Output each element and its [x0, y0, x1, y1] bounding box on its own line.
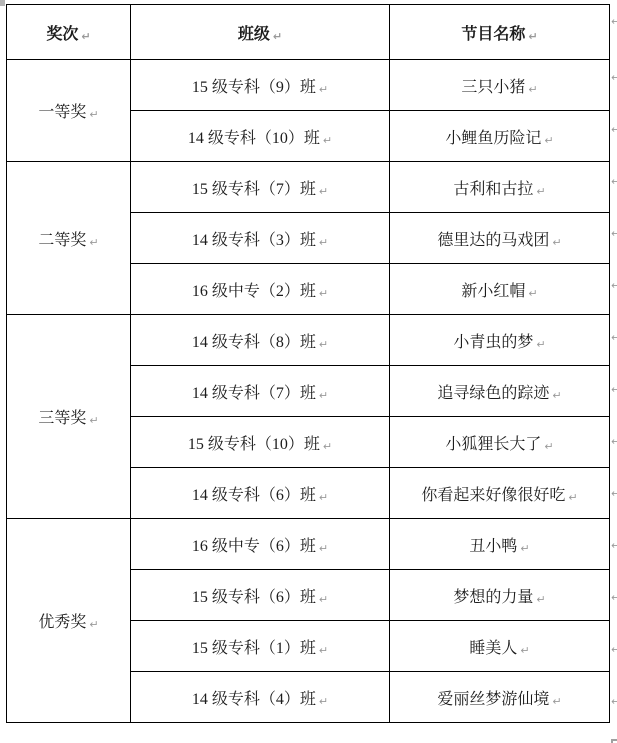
- award-cell-excellence-prize[interactable]: 优秀奖↵: [7, 519, 131, 723]
- cell-end-mark: ↵: [552, 236, 561, 249]
- table-row: 优秀奖↵ 16 级中专（6）班↵ 丑小鸭↵: [7, 519, 610, 570]
- award-label: 三等奖: [38, 410, 86, 427]
- cell-end-mark: ↵: [319, 644, 328, 657]
- table-move-handle[interactable]: [0, 0, 5, 6]
- program-label: 丑小鸭: [469, 538, 517, 555]
- program-cell[interactable]: 古利和古拉↵: [390, 162, 610, 213]
- award-cell-third-prize[interactable]: 三等奖↵: [7, 315, 131, 519]
- program-label: 梦想的力量: [453, 589, 533, 606]
- row-end-mark: ↵: [611, 176, 617, 187]
- program-cell[interactable]: 睡美人↵: [390, 621, 610, 672]
- cell-end-mark: ↵: [544, 440, 553, 453]
- program-label: 爱丽丝梦游仙境: [437, 691, 549, 708]
- class-cell[interactable]: 15 级专科（9）班↵: [131, 60, 390, 111]
- program-label: 古利和古拉: [453, 181, 533, 198]
- class-cell[interactable]: 14 级专科（3）班↵: [131, 213, 390, 264]
- class-label: 14 级专科（7）班: [192, 385, 316, 402]
- program-label: 小青虫的梦: [453, 334, 533, 351]
- program-label: 小鲤鱼历险记: [445, 130, 541, 147]
- row-end-mark: ↵: [611, 540, 617, 551]
- class-label: 14 级专科（6）班: [192, 487, 316, 504]
- class-cell[interactable]: 15 级专科（6）班↵: [131, 570, 390, 621]
- row-end-mark: ↵: [611, 592, 617, 603]
- program-cell[interactable]: 爱丽丝梦游仙境↵: [390, 672, 610, 723]
- cell-end-mark: ↵: [536, 338, 545, 351]
- program-cell[interactable]: 你看起来好像很好吃↵: [390, 468, 610, 519]
- cell-end-mark: ↵: [319, 83, 328, 96]
- class-cell[interactable]: 15 级专科（7）班↵: [131, 162, 390, 213]
- cell-end-mark: ↵: [319, 236, 328, 249]
- cell-end-mark: ↵: [89, 108, 98, 121]
- award-cell-first-prize[interactable]: 一等奖↵: [7, 60, 131, 162]
- program-label: 追寻绿色的踪迹: [437, 385, 549, 402]
- class-label: 15 级专科（9）班: [192, 79, 316, 96]
- program-cell[interactable]: 追寻绿色的踪迹↵: [390, 366, 610, 417]
- cell-end-mark: ↵: [319, 185, 328, 198]
- class-cell[interactable]: 15 级专科（1）班↵: [131, 621, 390, 672]
- class-cell[interactable]: 14 级专科（4）班↵: [131, 672, 390, 723]
- program-label: 德里达的马戏团: [437, 232, 549, 249]
- cell-end-mark: ↵: [520, 542, 529, 555]
- class-label: 14 级专科（3）班: [192, 232, 316, 249]
- class-label: 14 级专科（4）班: [192, 691, 316, 708]
- cell-end-mark: ↵: [319, 542, 328, 555]
- cell-end-mark: ↵: [323, 134, 332, 147]
- award-label: 二等奖: [38, 232, 86, 249]
- cell-end-mark: ↵: [89, 618, 98, 631]
- table-row: 一等奖↵ 15 级专科（9）班↵ 三只小猪↵: [7, 60, 610, 111]
- cell-end-mark: ↵: [552, 389, 561, 402]
- header-class-label: 班级: [238, 26, 270, 43]
- cell-end-mark: ↵: [319, 287, 328, 300]
- document-page: 奖次↵ 班级↵ 节目名称↵ 一等奖↵ 15 级专科（9）班↵ 三只小猪↵ 14 …: [0, 0, 617, 743]
- class-cell[interactable]: 14 级专科（8）班↵: [131, 315, 390, 366]
- program-cell[interactable]: 梦想的力量↵: [390, 570, 610, 621]
- class-cell[interactable]: 15 级专科（10）班↵: [131, 417, 390, 468]
- program-label: 你看起来好像很好吃: [421, 487, 565, 504]
- cell-end-mark: ↵: [544, 134, 553, 147]
- table-row: 二等奖↵ 15 级专科（7）班↵ 古利和古拉↵: [7, 162, 610, 213]
- class-cell[interactable]: 16 级中专（2）班↵: [131, 264, 390, 315]
- row-end-mark: ↵: [611, 332, 617, 343]
- row-end-mark: ↵: [611, 644, 617, 655]
- class-label: 15 级专科（7）班: [192, 181, 316, 198]
- table-resize-handle[interactable]: [611, 739, 617, 743]
- program-cell[interactable]: 德里达的马戏团↵: [390, 213, 610, 264]
- class-cell[interactable]: 14 级专科（7）班↵: [131, 366, 390, 417]
- class-label: 16 级中专（6）班: [192, 538, 316, 555]
- table-row: 三等奖↵ 14 级专科（8）班↵ 小青虫的梦↵: [7, 315, 610, 366]
- class-cell[interactable]: 16 级中专（6）班↵: [131, 519, 390, 570]
- award-table: 奖次↵ 班级↵ 节目名称↵ 一等奖↵ 15 级专科（9）班↵ 三只小猪↵ 14 …: [6, 4, 610, 723]
- award-label: 一等奖: [38, 104, 86, 121]
- program-cell[interactable]: 新小红帽↵: [390, 264, 610, 315]
- row-end-mark: ↵: [611, 696, 617, 707]
- header-cell-class[interactable]: 班级↵: [131, 5, 390, 60]
- program-cell[interactable]: 小狐狸长大了↵: [390, 417, 610, 468]
- row-end-mark: ↵: [611, 228, 617, 239]
- class-cell[interactable]: 14 级专科（6）班↵: [131, 468, 390, 519]
- row-end-mark: ↵: [611, 384, 617, 395]
- header-award-label: 奖次: [46, 26, 78, 43]
- cell-end-mark: ↵: [319, 491, 328, 504]
- cell-end-mark: ↵: [81, 30, 90, 43]
- cell-end-mark: ↵: [552, 695, 561, 708]
- cell-end-mark: ↵: [319, 389, 328, 402]
- cell-end-mark: ↵: [89, 236, 98, 249]
- row-end-mark: ↵: [611, 16, 617, 27]
- class-cell[interactable]: 14 级专科（10）班↵: [131, 111, 390, 162]
- row-end-mark: ↵: [611, 72, 617, 83]
- cell-end-mark: ↵: [319, 695, 328, 708]
- cell-end-mark: ↵: [319, 593, 328, 606]
- program-label: 睡美人: [469, 640, 517, 657]
- cell-end-mark: ↵: [89, 414, 98, 427]
- cell-end-mark: ↵: [528, 287, 537, 300]
- program-label: 新小红帽: [461, 283, 525, 300]
- award-cell-second-prize[interactable]: 二等奖↵: [7, 162, 131, 315]
- cell-end-mark: ↵: [323, 440, 332, 453]
- program-cell[interactable]: 小青虫的梦↵: [390, 315, 610, 366]
- class-label: 15 级专科（10）班: [188, 436, 320, 453]
- class-label: 14 级专科（10）班: [188, 130, 320, 147]
- table-header-row: 奖次↵ 班级↵ 节目名称↵: [7, 5, 610, 60]
- program-label: 三只小猪: [461, 79, 525, 96]
- cell-end-mark: ↵: [536, 593, 545, 606]
- row-end-mark: ↵: [611, 436, 617, 447]
- cell-end-mark: ↵: [536, 185, 545, 198]
- program-cell[interactable]: 小鲤鱼历险记↵: [390, 111, 610, 162]
- class-label: 15 级专科（1）班: [192, 640, 316, 657]
- row-end-mark: ↵: [611, 280, 617, 291]
- cell-end-mark: ↵: [528, 83, 537, 96]
- header-cell-award[interactable]: 奖次↵: [7, 5, 131, 60]
- header-program-label: 节目名称: [461, 26, 525, 43]
- row-end-mark: ↵: [611, 488, 617, 499]
- row-end-mark: ↵: [611, 124, 617, 135]
- program-label: 小狐狸长大了: [445, 436, 541, 453]
- cell-end-mark: ↵: [568, 491, 577, 504]
- award-label: 优秀奖: [38, 614, 86, 631]
- class-label: 15 级专科（6）班: [192, 589, 316, 606]
- class-label: 14 级专科（8）班: [192, 334, 316, 351]
- program-cell[interactable]: 三只小猪↵: [390, 60, 610, 111]
- class-label: 16 级中专（2）班: [192, 283, 316, 300]
- header-cell-program[interactable]: 节目名称↵: [390, 5, 610, 60]
- cell-end-mark: ↵: [273, 30, 282, 43]
- cell-end-mark: ↵: [319, 338, 328, 351]
- cell-end-mark: ↵: [528, 30, 537, 43]
- cell-end-mark: ↵: [520, 644, 529, 657]
- program-cell[interactable]: 丑小鸭↵: [390, 519, 610, 570]
